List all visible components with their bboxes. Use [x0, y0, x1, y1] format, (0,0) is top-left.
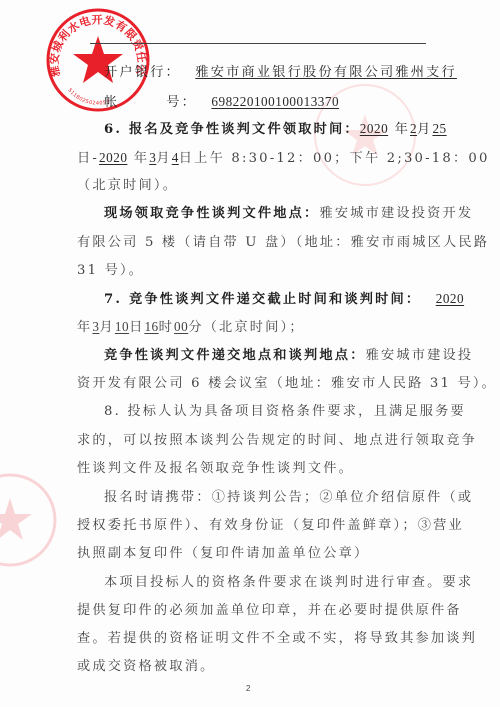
- bring-line1: 报名时请携带：①持谈判公告；②单位介绍信原件（或: [104, 489, 473, 507]
- item6-line3: （北京时间）。: [77, 177, 178, 195]
- item7-nian: 年: [77, 320, 92, 335]
- item6-label: 6. 报名及竞争性谈判文件领取时间：: [104, 122, 360, 137]
- item8-line3: 性谈判文件及报名领取竞争性谈判文件。: [77, 460, 354, 478]
- pickup-text1: 雅安城市建设投资开发: [319, 206, 473, 221]
- item8-line2: 求的，可以按照本谈判公告规定的时间、地点进行领取竞争: [77, 432, 477, 450]
- bank-line: 开户银行： 雅安市商业银行股份有限公司雅州支行: [104, 64, 459, 82]
- bank-value: 雅安市商业银行股份有限公司雅州支行: [187, 65, 459, 80]
- item7-label: 7. 竞争性谈判文件递交截止时间和谈判时间：: [104, 292, 421, 307]
- bring-line2: 授权委托书原件）、有效身份证（复印件盖鲜章）；③营业: [77, 517, 464, 535]
- item7-line2: 年3月10日16时00分（北京时间）；: [77, 318, 305, 337]
- item7-ri: 日: [129, 320, 144, 335]
- account-label-a: 帐: [104, 95, 119, 110]
- document-page: 雅安城利水电开发有限责任公司 5118025024053 开户银行： 雅安市商业…: [0, 0, 500, 707]
- item7-line1: 7. 竞争性谈判文件递交截止时间和谈判时间： 2020: [104, 290, 464, 309]
- item7-hour: 16: [144, 319, 158, 334]
- review-line2: 提供复印件的必须加盖单位印章，并在必要时提供原件备: [77, 602, 462, 620]
- item7-yue: 月: [99, 320, 114, 335]
- submit-line1: 竞争性谈判文件递交地点和谈判地点：雅安城市建设投: [104, 347, 473, 365]
- header-rule: [90, 43, 426, 44]
- pickup-label: 现场领取竞争性谈判文件地点：: [104, 206, 319, 221]
- item7-day: 10: [115, 319, 129, 334]
- item6-day1: 25: [432, 121, 446, 136]
- item6-year2: 2020: [99, 150, 127, 165]
- item6-yue1: 月: [417, 122, 432, 137]
- item7-minute: 00: [174, 319, 188, 334]
- item6-line2: 日-2020 年3月4日上午 8:30-12：00；下午 2;30-18：00: [77, 149, 490, 168]
- item6-rest: 日上午 8:30-12：00；下午 2;30-18：00: [179, 151, 490, 166]
- pickup-line3: 31 号）。: [77, 262, 144, 280]
- account-value: 698220100100013370: [203, 94, 347, 109]
- page-number: 2: [246, 684, 250, 693]
- item6-nian1: 年: [395, 122, 410, 137]
- item6-ri-dash: 日-: [77, 151, 99, 166]
- submit-text1: 雅安城市建设投: [366, 348, 474, 363]
- review-line4: 或成交资格被取消。: [77, 658, 216, 676]
- pickup-line1: 现场领取竞争性谈判文件地点：雅安城市建设投资开发: [104, 205, 473, 223]
- item6-month1: 2: [410, 121, 417, 136]
- item6-yue2: 月: [156, 151, 171, 166]
- item8-line1: 8. 投标人认为具备项目资格条件要求，且满足服务要: [104, 403, 466, 421]
- faint-seal-icon: [0, 470, 60, 570]
- item6-line1: 6. 报名及竞争性谈判文件领取时间：2020 年2月25: [104, 120, 447, 139]
- bring-line3: 执照副本复印件（复印件请加盖单位公章）: [77, 545, 369, 563]
- submit-label: 竞争性谈判文件递交地点和谈判地点：: [104, 348, 366, 363]
- review-line3: 查。若提供的资格证明文件不全或不实，将导致其参加谈判: [77, 630, 477, 648]
- pickup-line2: 有限公司 5 楼（请自带 U 盘）（地址：雅安市雨城区人民路: [77, 234, 489, 252]
- account-line: 帐 号： 698220100100013370: [104, 93, 347, 112]
- item6-day2: 4: [172, 150, 179, 165]
- account-label-b: 号：: [166, 95, 197, 110]
- item7-shi: 时: [159, 320, 174, 335]
- item7-year: 2020: [428, 291, 464, 306]
- item6-nian2: 年: [134, 151, 149, 166]
- submit-line2: 资开发有限公司 6 楼会议室（地址：雅安市人民路 31 号）。: [77, 375, 497, 393]
- item7-fen: 分（北京时间）；: [188, 320, 305, 335]
- review-line1: 本项目投标人的资格条件要求在谈判时进行审查。要求: [104, 574, 473, 592]
- item6-year1: 2020: [360, 121, 388, 136]
- bank-label: 开户银行：: [104, 65, 181, 80]
